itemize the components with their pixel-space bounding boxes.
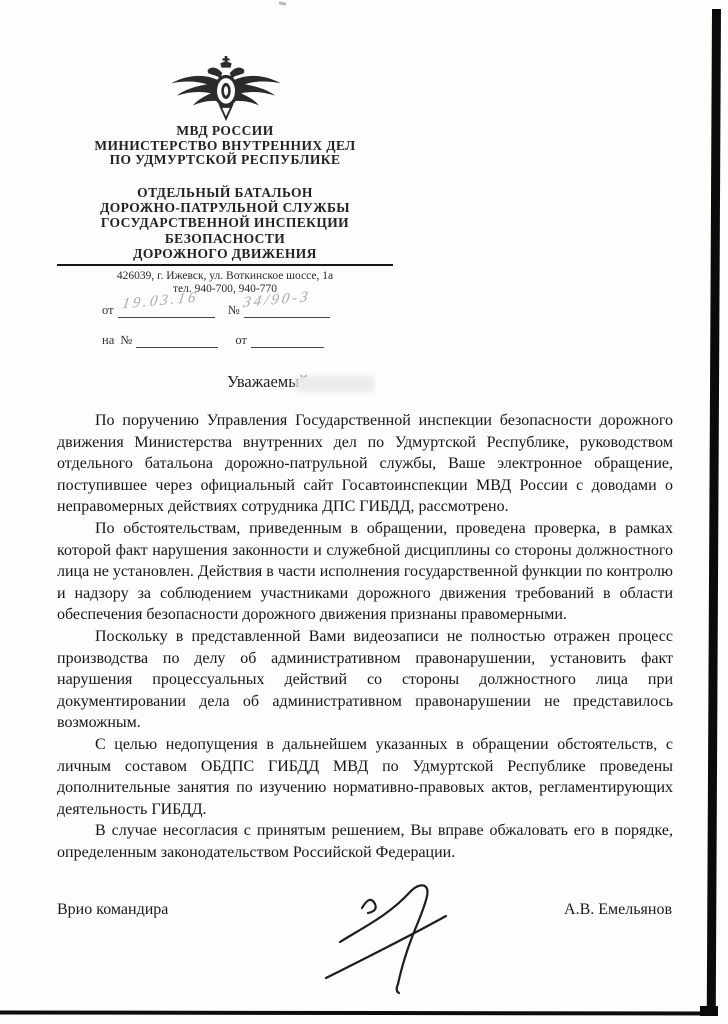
- letterhead-phone: тел. 940-700, 940-770: [30, 283, 420, 295]
- org-line: МВД РОССИИ: [30, 124, 420, 139]
- mvd-double-headed-eagle-icon: [169, 55, 283, 123]
- org-line: МИНИСТЕРСТВО ВНУТРЕННИХ ДЕЛ: [30, 139, 420, 154]
- scanned-letter-page: МВД РОССИИ МИНИСТЕРСТВО ВНУТРЕННИХ ДЕЛ П…: [0, 0, 728, 1024]
- handwritten-signature-icon: [318, 880, 462, 995]
- letter-body: По поручению Управления Государственной …: [57, 410, 673, 863]
- na-no-label: №: [118, 333, 136, 348]
- redacted-name-smudge: [296, 376, 374, 392]
- org-line: ПО УДМУРТСКОЙ РЕСПУБЛИКЕ: [30, 153, 420, 168]
- signer-position-title: Врио командира: [57, 901, 168, 919]
- unit-line: ДОРОЖНО-ПАТРУЛЬНОЙ СЛУЖБЫ: [30, 200, 420, 215]
- no-label: №: [218, 303, 244, 318]
- unit-line: ГОСУДАРСТВЕННОЙ ИНСПЕКЦИИ: [30, 215, 420, 230]
- signer-name: А.В. Емельянов: [564, 901, 672, 919]
- scan-edge-corner: [700, 1006, 718, 1016]
- body-paragraph: По обстоятельствам, приведенным в обраще…: [57, 518, 673, 626]
- na-label: на: [100, 333, 118, 348]
- incoming-number-blank-line: [136, 333, 218, 348]
- body-paragraph: С целью недопущения в дальнейшем указанн…: [57, 734, 673, 820]
- unit-line: ОТДЕЛЬНЫЙ БАТАЛЬОН: [30, 185, 420, 200]
- letterhead-address: 426039, г. Ижевск, ул. Воткинское шоссе,…: [30, 270, 420, 283]
- letterhead-divider: [57, 264, 393, 266]
- letterhead-org-block: МВД РОССИИ МИНИСТЕРСТВО ВНУТРЕННИХ ДЕЛ П…: [30, 124, 420, 168]
- letterhead-unit-block: ОТДЕЛЬНЫЙ БАТАЛЬОН ДОРОЖНО-ПАТРУЛЬНОЙ СЛ…: [30, 185, 420, 261]
- scan-speck: [279, 1, 286, 5]
- na-ot-label: от: [221, 333, 251, 348]
- ref-line-incoming: на№ от: [100, 333, 324, 348]
- body-paragraph: По поручению Управления Государственной …: [57, 410, 673, 518]
- incoming-date-blank-line: [251, 333, 324, 348]
- body-paragraph: Поскольку в представленной Вами видеозап…: [57, 626, 673, 734]
- unit-line: БЕЗОПАСНОСТИ: [30, 231, 420, 246]
- scan-edge-bar-bottom: [0, 1011, 716, 1016]
- unit-line: ДОРОЖНОГО ДВИЖЕНИЯ: [30, 246, 420, 261]
- ot-label: от: [100, 303, 118, 318]
- scan-edge-bar-right: [707, 9, 721, 1015]
- body-paragraph: В случае несогласия с принятым решением,…: [57, 820, 673, 863]
